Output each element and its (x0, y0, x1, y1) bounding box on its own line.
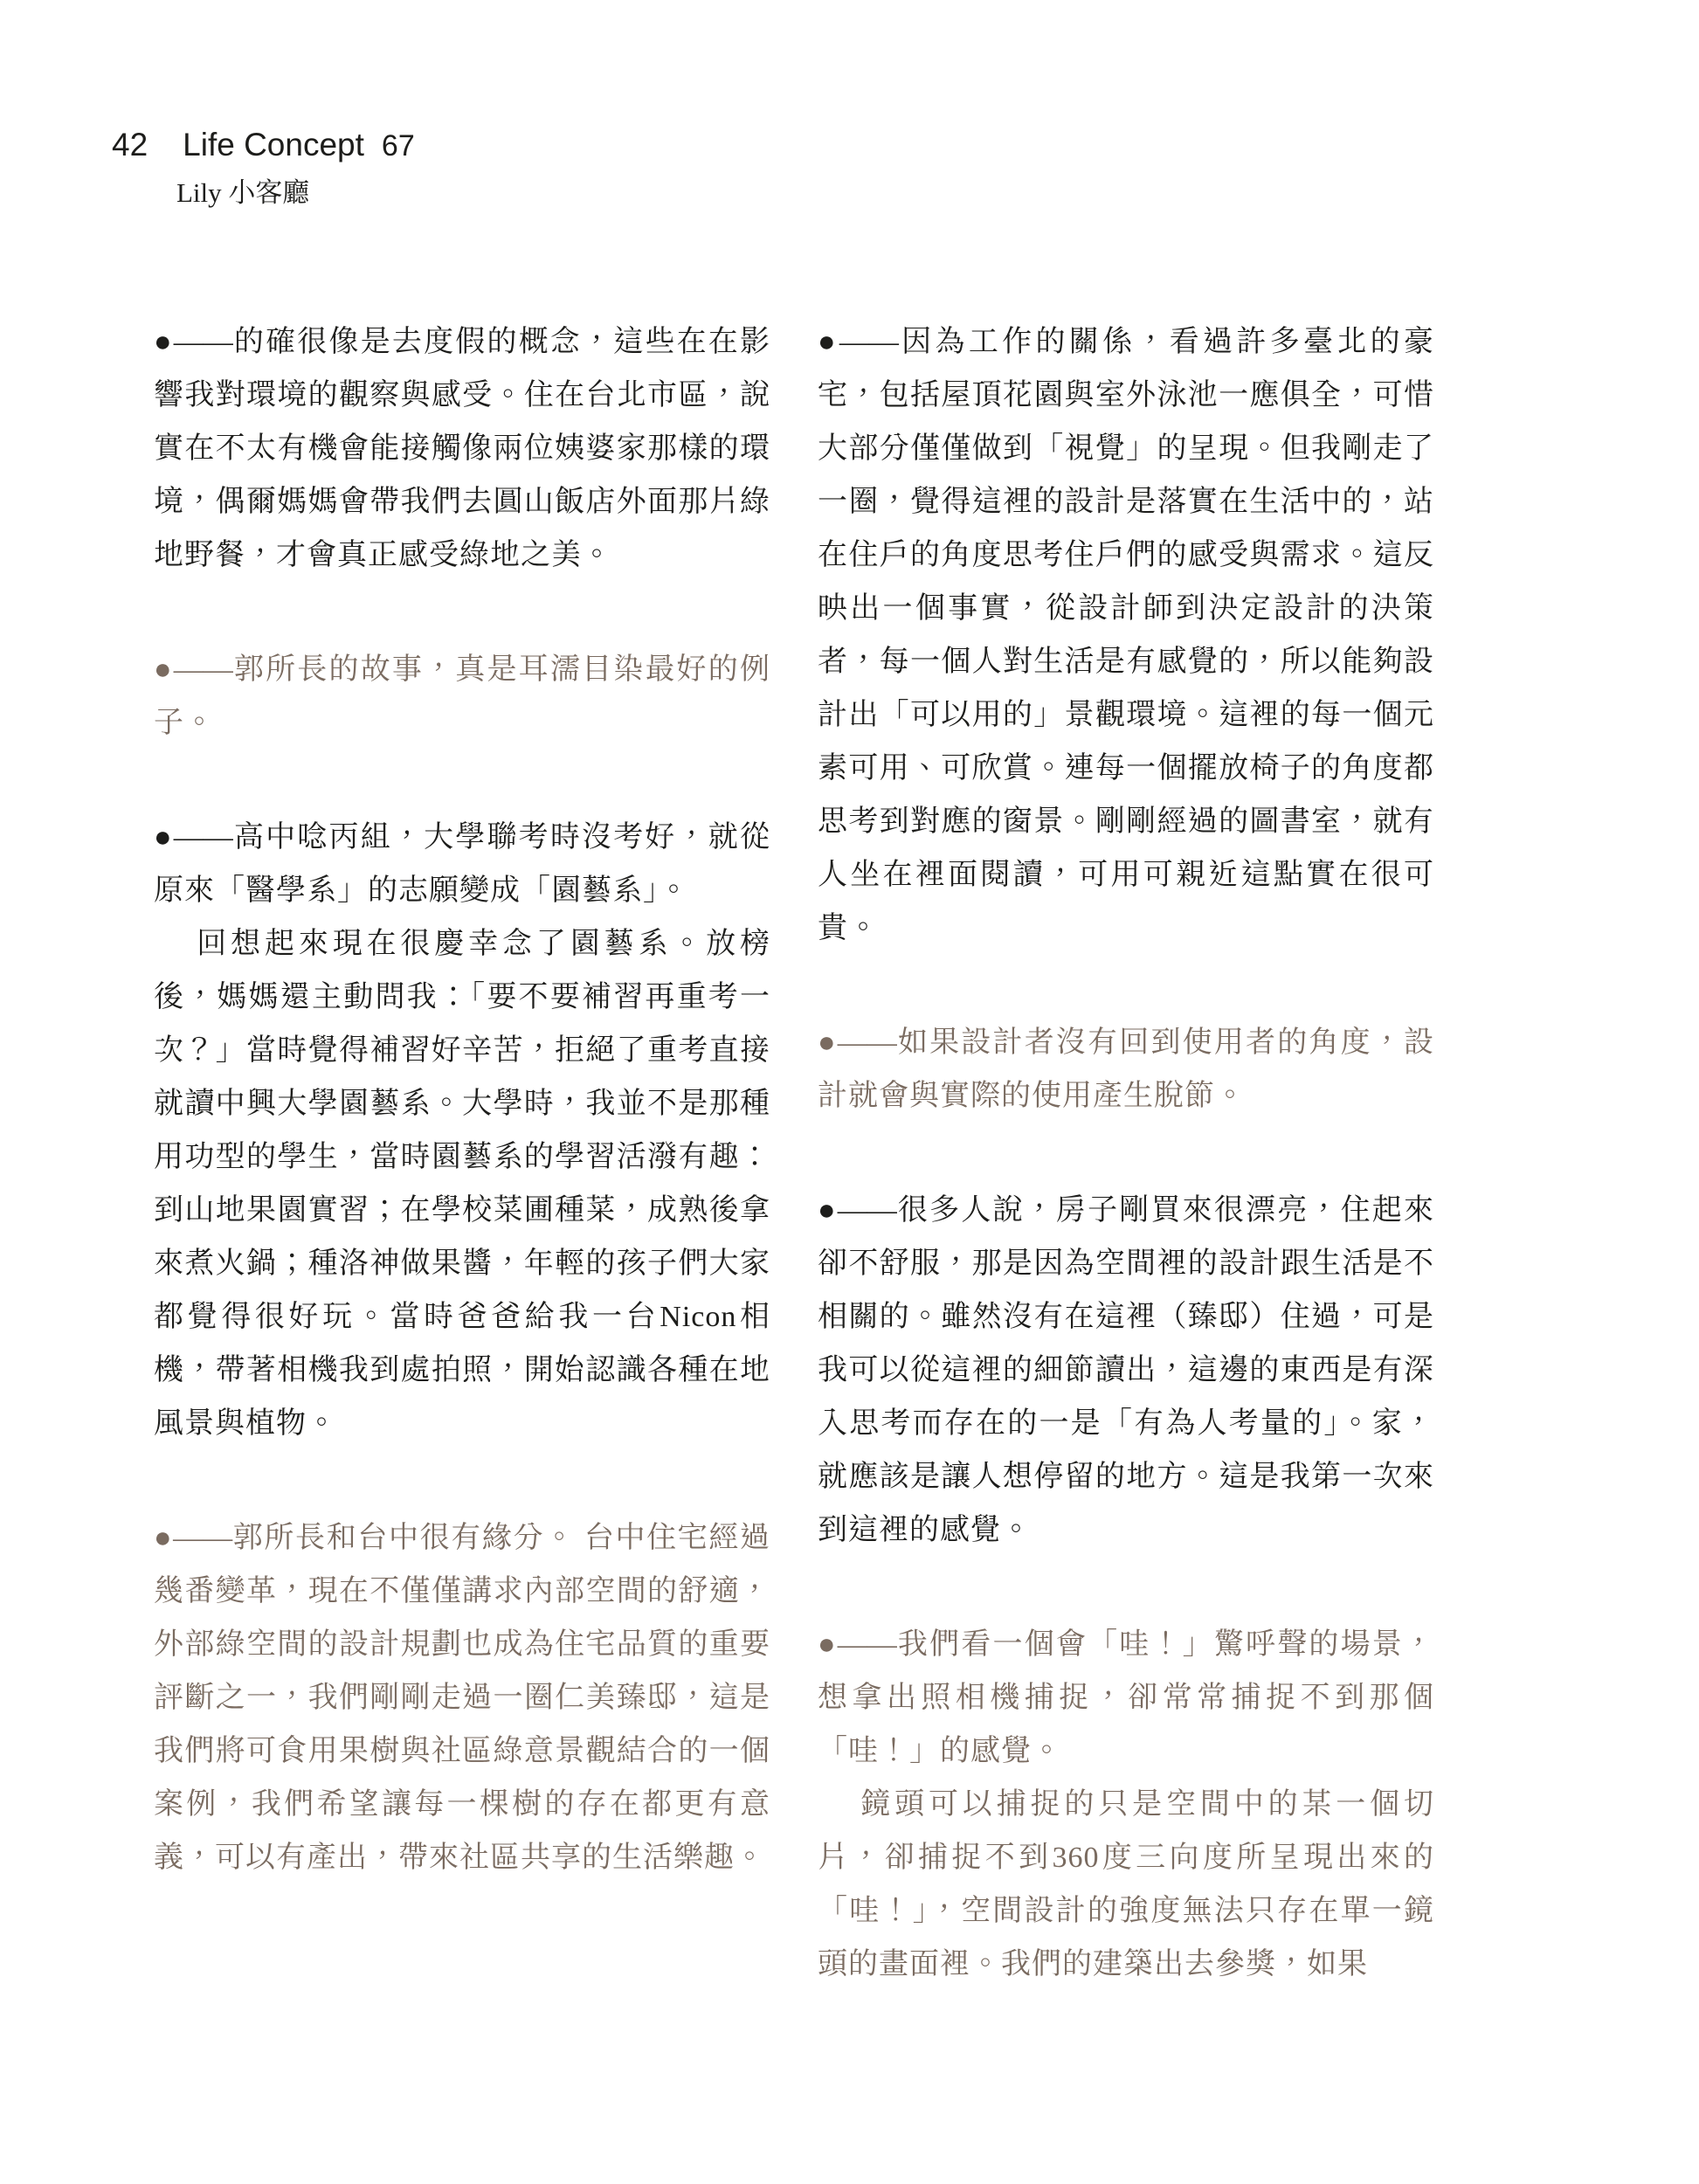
article-body: ●——的確很像是去度假的概念，這些在在影響我對環境的觀察與感受。住在台北市區，說… (154, 315, 1434, 1991)
paragraph-text: 因為工作的關係，看過許多臺北的豪宅，包括屋頂花園與室外泳池一應俱全，可惜大部分僅… (818, 326, 1434, 944)
paragraph-text: 如果設計者沒有回到使用者的角度，設計就會與實際的使用產生脫節。 (818, 1026, 1434, 1112)
paragraph-text: 鏡頭可以捕捉的只是空間中的某一個切片，卻捕捉不到360度三向度所呈現出來的「哇！… (818, 1788, 1434, 1980)
speech-paragraph: ●——郭所長和台中很有緣分。 台中住宅經過幾番變革，現在不僅僅講求內部空間的舒適… (154, 1511, 770, 1884)
dash-mark: —— (838, 1628, 897, 1661)
bullet-icon: ● (818, 1628, 838, 1661)
paragraph-text: 的確很像是去度假的概念，這些在在影響我對環境的觀察與感受。住在台北市區，說實在不… (154, 326, 770, 571)
magazine-title: Life Concept (183, 128, 364, 162)
speech-paragraph: ●——高中唸丙組，大學聯考時沒考好，就從原來「醫學系」的志願變成「園藝系」。 (154, 811, 770, 917)
bullet-icon: ● (818, 1026, 838, 1059)
speech-paragraph: ●——因為工作的關係，看過許多臺北的豪宅，包括屋頂花園與室外泳池一應俱全，可惜大… (818, 315, 1434, 955)
dash-mark: —— (174, 326, 233, 358)
right-column: ●——因為工作的關係，看過許多臺北的豪宅，包括屋頂花園與室外泳池一應俱全，可惜大… (818, 315, 1434, 1991)
section-subtitle: Lily 小客廳 (176, 177, 415, 209)
speech-paragraph: ●——如果設計者沒有回到使用者的角度，設計就會與實際的使用產生脫節。 (818, 1016, 1434, 1123)
dash-mark: —— (173, 1522, 232, 1554)
dash-mark: —— (838, 1026, 897, 1059)
paragraph-text: 很多人說，房子剛買來很漂亮，住起來卻不舒服，那是因為空間裡的設計跟生活是不相關的… (818, 1194, 1434, 1546)
issue-number: 67 (382, 128, 415, 163)
paragraph-text: 我們看一個會「哇！」驚呼聲的場景，想拿出照相機捕捉，卻常常捕捉不到那個「哇！」的… (818, 1628, 1434, 1767)
bullet-icon: ● (818, 1194, 838, 1227)
bullet-icon: ● (154, 326, 174, 358)
bullet-icon: ● (154, 821, 174, 854)
paragraph-text: 高中唸丙組，大學聯考時沒考好，就從原來「醫學系」的志願變成「園藝系」。 (154, 821, 770, 907)
folio-line: 42 Life Concept 67 (112, 128, 415, 163)
bullet-icon: ● (154, 1522, 173, 1554)
dash-mark: —— (174, 653, 233, 686)
speech-paragraph: ●——郭所長的故事，真是耳濡目染最好的例子。 (154, 643, 770, 750)
speech-paragraph: ●——我們看一個會「哇！」驚呼聲的場景，想拿出照相機捕捉，卻常常捕捉不到那個「哇… (818, 1618, 1434, 1778)
magazine-page: 42 Life Concept 67 Lily 小客廳 ●——的確很像是去度假的… (0, 0, 1699, 2184)
bullet-icon: ● (818, 326, 839, 358)
paragraph-text: 郭所長和台中很有緣分。 台中住宅經過幾番變革，現在不僅僅講求內部空間的舒適，外部… (154, 1522, 770, 1874)
bullet-icon: ● (154, 653, 174, 686)
dash-mark: —— (174, 821, 233, 854)
dash-mark: —— (838, 1194, 897, 1227)
page-header: 42 Life Concept 67 Lily 小客廳 (112, 128, 415, 209)
page-number: 42 (112, 128, 148, 162)
paragraph-text: 郭所長的故事，真是耳濡目染最好的例子。 (154, 653, 770, 739)
paragraph-text: 回想起來現在很慶幸念了園藝系。放榜後，媽媽還主動問我：「要不要補習再重考一次？」… (154, 928, 770, 1440)
speech-paragraph: ●——的確很像是去度假的概念，這些在在影響我對環境的觀察與感受。住在台北市區，說… (154, 315, 770, 582)
continuation-paragraph: 回想起來現在很慶幸念了園藝系。放榜後，媽媽還主動問我：「要不要補習再重考一次？」… (154, 917, 770, 1450)
dash-mark: —— (839, 326, 899, 358)
continuation-paragraph: 鏡頭可以捕捉的只是空間中的某一個切片，卻捕捉不到360度三向度所呈現出來的「哇！… (818, 1778, 1434, 1991)
speech-paragraph: ●——很多人說，房子剛買來很漂亮，住起來卻不舒服，那是因為空間裡的設計跟生活是不… (818, 1184, 1434, 1557)
left-column: ●——的確很像是去度假的概念，這些在在影響我對環境的觀察與感受。住在台北市區，說… (154, 315, 770, 1991)
